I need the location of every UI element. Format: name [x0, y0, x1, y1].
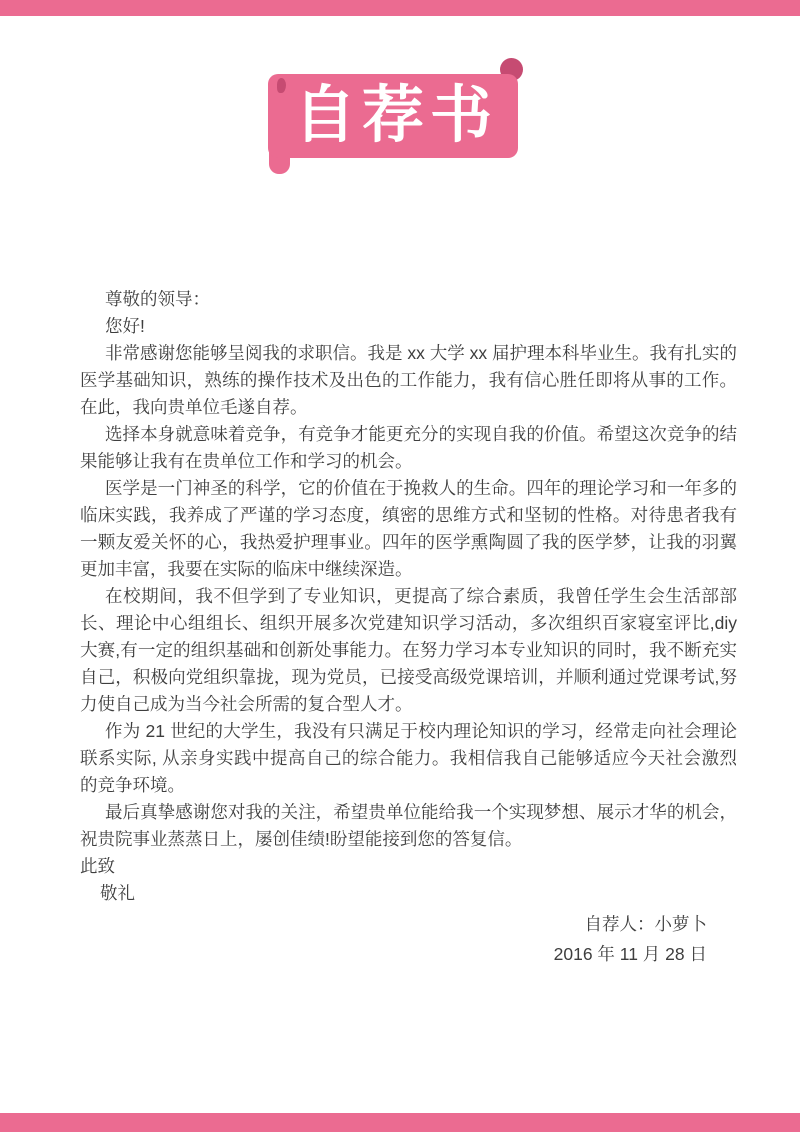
paragraph-6: 最后真挚感谢您对我的关注，希望贵单位能给我一个实现梦想、展示才华的机会，祝贵院事…: [80, 799, 737, 853]
greeting: 您好!: [80, 313, 737, 340]
paragraph-3: 医学是一门神圣的科学，它的价值在于挽救人的生命。四年的理论学习和一年多的临床实践…: [80, 475, 737, 583]
bottom-border-bar: [0, 1113, 800, 1132]
salutation: 尊敬的领导：: [80, 286, 737, 313]
signature-block: 自荐人：小萝卜 2016 年 11 月 28 日: [80, 909, 737, 969]
paragraph-1: 非常感谢您能够呈阅我的求职信。我是 xx 大学 xx 届护理本科毕业生。我有扎实…: [80, 340, 737, 421]
signature-date: 2016 年 11 月 28 日: [80, 939, 707, 969]
ribbon-fold-mark: [277, 78, 286, 93]
paragraph-2: 选择本身就意味着竞争，有竞争才能更充分的实现自我的价值。希望这次竞争的结果能够让…: [80, 421, 737, 475]
letter-body: 尊敬的领导： 您好! 非常感谢您能够呈阅我的求职信。我是 xx 大学 xx 届护…: [80, 286, 737, 969]
signature-signer: 自荐人：小萝卜: [80, 909, 707, 939]
page-title: 自荐书: [288, 85, 498, 147]
paragraph-4: 在校期间，我不但学到了专业知识，更提高了综合素质，我曾任学生会生活部部长、理论中…: [80, 583, 737, 718]
paragraph-5: 作为 21 世纪的大学生，我没有只满足于校内理论知识的学习，经常走向社会理论联系…: [80, 718, 737, 799]
title-banner: 自荐书: [0, 0, 800, 200]
closing-cizhi: 此致: [80, 853, 737, 880]
title-ribbon: 自荐书: [268, 74, 518, 158]
letter-page: 自荐书 尊敬的领导： 您好! 非常感谢您能够呈阅我的求职信。我是 xx 大学 x…: [0, 0, 800, 1132]
closing-jingli: 敬礼: [80, 880, 737, 907]
